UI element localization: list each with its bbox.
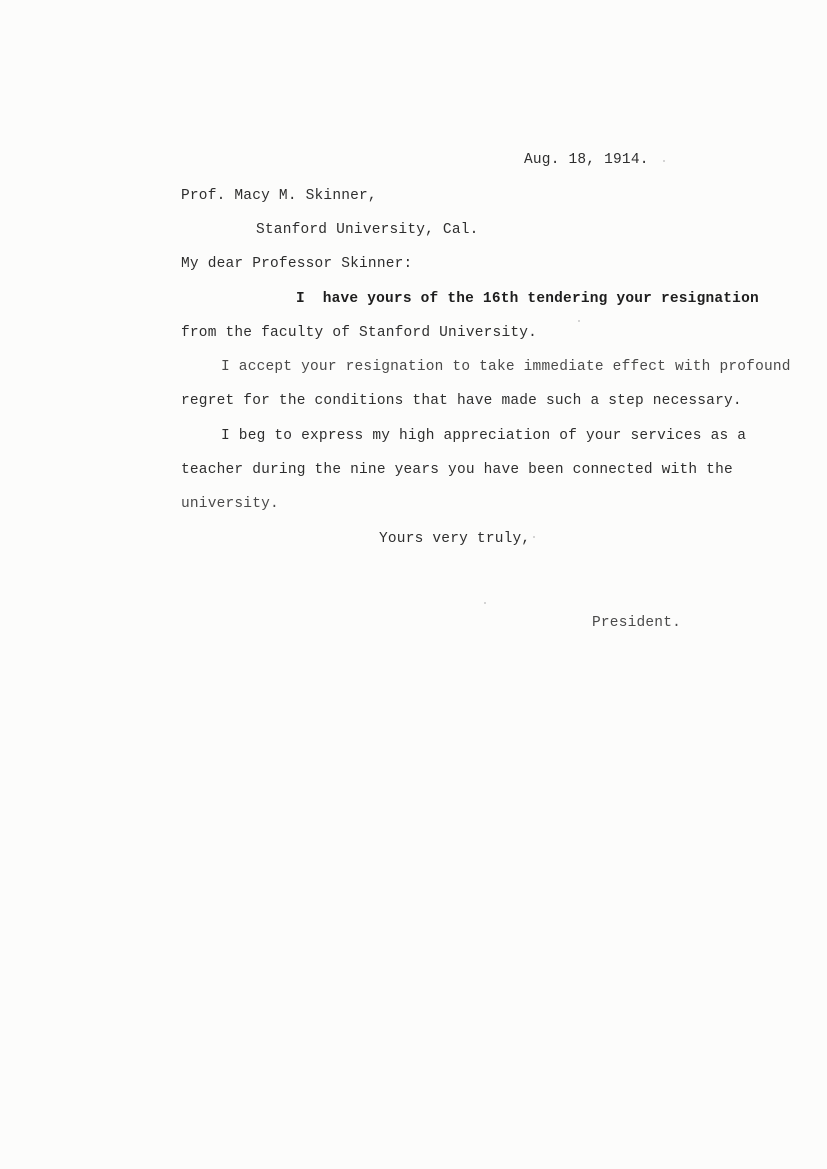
- paper-speck: [484, 602, 486, 604]
- closing: Yours very truly,: [379, 531, 530, 547]
- paragraph-3-line-2: teacher during the nine years you have b…: [181, 462, 733, 478]
- signature-title: President.: [592, 615, 681, 631]
- paragraph-3-line-1: I beg to express my high appreciation of…: [221, 428, 746, 444]
- recipient-name: Prof. Macy M. Skinner,: [181, 188, 377, 204]
- paragraph-3-line-3: university.: [181, 496, 279, 512]
- paragraph-2-line-2: regret for the conditions that have made…: [181, 393, 742, 409]
- paragraph-1-line-2: from the faculty of Stanford University.: [181, 325, 537, 341]
- paper-speck: [533, 536, 535, 538]
- paragraph-1-line-1: I have yours of the 16th tendering your …: [296, 291, 759, 307]
- paragraph-2-line-1: I accept your resignation to take immedi…: [221, 359, 791, 375]
- recipient-address: Stanford University, Cal.: [256, 222, 479, 238]
- paper-speck: [663, 160, 665, 162]
- salutation: My dear Professor Skinner:: [181, 256, 412, 272]
- letter-page: Aug. 18, 1914. Prof. Macy M. Skinner, St…: [0, 0, 827, 1169]
- letter-date: Aug. 18, 1914.: [524, 152, 649, 168]
- paper-speck: [578, 320, 580, 322]
